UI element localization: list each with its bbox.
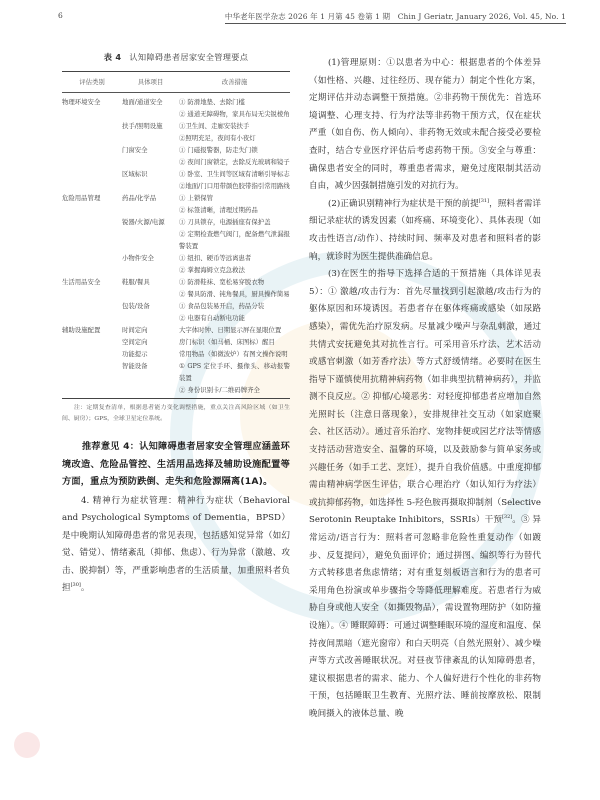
table-row: 包装/设备① 食品包装易开启，药品分装② 电器有自动断电功能	[62, 300, 290, 324]
table-row: 门窗安全① 门磁报警器，防走失门锁② 夜间门窗锁定，去除反光玻璃和镜子	[62, 144, 290, 168]
publisher-logo-icon	[14, 732, 40, 758]
measure-text: ② 标签清晰，清理过期药品	[179, 204, 290, 216]
category-cell: 辅助设施配置	[62, 324, 122, 336]
symptom-identification-paragraph: (2)正确识别精神行为症状是干预的前提[31]，照料者需详细记录症状的诱发因素（…	[309, 196, 541, 266]
item-cell: 智能设备	[122, 360, 179, 399]
table-title: 认知障碍患者居家安全管理要点	[129, 52, 248, 62]
category-cell	[62, 348, 122, 360]
category-cell: 生活用品安全	[62, 276, 122, 300]
citation-ref[interactable]: [30]	[71, 583, 81, 589]
column-header: 评估类别	[62, 72, 122, 93]
item-cell: 扶手/照明设施	[122, 120, 179, 144]
table-row: 物理环境安全地面/通道安全① 防滑地垫、去除门槛② 通道无障碍物，家具布局无尖锐…	[62, 93, 290, 121]
item-cell: 锐器/火源/电源	[122, 216, 179, 252]
measure-text: ① 防滑地垫、去除门槛	[179, 96, 290, 108]
measure-text: 房门标识（如马桶、床图标）醒目	[179, 336, 290, 348]
measures-cell: ① GPS 定位手环、摄像头、移动报警装置② 身份识别卡/二维码牌齐全	[179, 360, 290, 399]
category-cell	[62, 360, 122, 399]
table-row: 空间定向房门标识（如马桶、床图标）醒目	[62, 336, 290, 348]
measure-text: ② 夜间门窗锁定，去除反光玻璃和镜子	[179, 156, 290, 168]
table-header-row: 评估类别 具体项目 改善措施	[62, 72, 290, 93]
measure-text: ② 通道无障碍物，家具布局无尖锐棱角	[179, 108, 290, 120]
category-cell	[62, 252, 122, 276]
table-row: 智能设备① GPS 定位手环、摄像头、移动报警装置② 身份识别卡/二维码牌齐全	[62, 360, 290, 399]
item-cell: 空间定向	[122, 336, 179, 348]
table-note: 注：定期复查清单，根据患者能力变化调整措施，重点关注高风险区域（如卫生间、厨房）…	[62, 403, 290, 425]
measures-cell: ① 上锁保管② 标签清晰，清理过期药品	[179, 192, 290, 216]
table-row: 生活用品安全鞋服/餐具① 防滑鞋袜、宽松易穿脱衣物② 餐具防滑、钝角餐具，厨具操…	[62, 276, 290, 300]
measures-cell: 房门标识（如马桶、床图标）醒目	[179, 336, 290, 348]
intervention-paragraph: (3)在医生的指导下选择合适的干预措施（具体详见表 5）：① 激越/攻击行为：首…	[309, 266, 541, 723]
item-cell: 功能提示	[122, 348, 179, 360]
category-cell	[62, 336, 122, 348]
table-row: 扶手/照明设施①卫生间、走廊安装扶手②照明充足，夜间有小夜灯	[62, 120, 290, 144]
left-column: 表 4认知障碍患者居家安全管理要点 评估类别 具体项目 改善措施 物理环境安全地…	[62, 52, 290, 598]
category-cell: 物理环境安全	[62, 93, 122, 121]
category-cell	[62, 216, 122, 252]
journal-citation: 中华老年医学杂志 2026 年 1 月第 45 卷第 1 期 Chin J Ge…	[225, 11, 566, 24]
measure-text: ②地面/门口用带颜色胶带指引常用路线	[179, 180, 290, 192]
measure-text: ① 食品包装易开启，药品分装	[179, 300, 290, 312]
table-row: 小物件安全① 纽扣、硬币等远离患者② 掌握海姆立克急救法	[62, 252, 290, 276]
table-row: 锐器/火源/电源① 刀具锁存，电源插座有保护盖② 定期检查燃气阀门，配备燃气泄漏…	[62, 216, 290, 252]
measure-text: ① 门磁报警器，防走失门锁	[179, 144, 290, 156]
measure-text: ① 纽扣、硬币等远离患者	[179, 252, 290, 264]
item-cell: 区域标识	[122, 168, 179, 192]
measure-text: ② 餐具防滑、钝角餐具，厨具操作简易	[179, 288, 290, 300]
measure-text: ②照明充足，夜间有小夜灯	[179, 132, 290, 144]
measure-text: ② 定期检查燃气阀门，配备燃气泄漏报警装置	[179, 228, 290, 252]
paragraph-end: 。	[81, 583, 90, 593]
item-cell: 鞋服/餐具	[122, 276, 179, 300]
category-cell	[62, 300, 122, 324]
home-safety-table: 评估类别 具体项目 改善措施 物理环境安全地面/通道安全① 防滑地垫、去除门槛②…	[62, 71, 290, 399]
citation-ref[interactable]: [32]	[502, 515, 512, 521]
measure-text: ② 电器有自动断电功能	[179, 312, 290, 324]
measure-text: ① GPS 定位手环、摄像头、移动报警装置	[179, 360, 290, 384]
item-cell: 时间定向	[122, 324, 179, 336]
page-number: 6	[58, 11, 63, 20]
measure-text: 大字体时钟、日期显示屏在显眼位置	[179, 324, 290, 336]
measure-text: 常用物品（如微波炉）有图文操作说明	[179, 348, 290, 360]
paragraph-end: 。③ 异常运动/语言行为：照料者可忽略非危险性重复动作（如踱步、反复提问），避免…	[309, 515, 541, 719]
right-column: (1)管理原则：①以患者为中心：根据患者的个体差异（如性格、兴趣、过往经历、现存…	[309, 55, 541, 724]
item-cell: 地面/通道安全	[122, 93, 179, 121]
item-cell: 小物件安全	[122, 252, 179, 276]
category-cell	[62, 144, 122, 168]
measures-cell: 大字体时钟、日期显示屏在显眼位置	[179, 324, 290, 336]
management-principles-paragraph: (1)管理原则：①以患者为中心：根据患者的个体差异（如性格、兴趣、过往经历、现存…	[309, 55, 541, 196]
table-row: 辅助设施配置时间定向大字体时钟、日期显示屏在显眼位置	[62, 324, 290, 336]
table-row: 功能提示常用物品（如微波炉）有图文操作说明	[62, 348, 290, 360]
column-header: 改善措施	[179, 72, 290, 93]
item-cell: 药品/化学品	[122, 192, 179, 216]
table-label: 表 4	[104, 52, 122, 62]
measure-text: ① 卧室、卫生间等区域有清晰引导标志	[179, 168, 290, 180]
measures-cell: ① 卧室、卫生间等区域有清晰引导标志②地面/门口用带颜色胶带指引常用路线	[179, 168, 290, 192]
table-row: 危险用品管理药品/化学品① 上锁保管② 标签清晰，清理过期药品	[62, 192, 290, 216]
measures-cell: 常用物品（如微波炉）有图文操作说明	[179, 348, 290, 360]
column-header: 具体项目	[122, 72, 179, 93]
measure-text: ① 上锁保管	[179, 192, 290, 204]
measures-cell: ① 刀具锁存，电源插座有保护盖② 定期检查燃气阀门，配备燃气泄漏报警装置	[179, 216, 290, 252]
category-cell	[62, 168, 122, 192]
measure-text: ①卫生间、走廊安装扶手	[179, 120, 290, 132]
table-caption: 表 4认知障碍患者居家安全管理要点	[62, 52, 290, 63]
measure-text: ① 防滑鞋袜、宽松易穿脱衣物	[179, 276, 290, 288]
measures-cell: ① 纽扣、硬币等远离患者② 掌握海姆立克急救法	[179, 252, 290, 276]
measure-text: ① 刀具锁存，电源插座有保护盖	[179, 216, 290, 228]
paragraph-text: (3)在医生的指导下选择合适的干预措施（具体详见表 5）：① 激越/攻击行为：首…	[309, 269, 541, 525]
measures-cell: ① 门磁报警器，防走失门锁② 夜间门窗锁定，去除反光玻璃和镜子	[179, 144, 290, 168]
item-cell: 门窗安全	[122, 144, 179, 168]
measures-cell: ① 食品包装易开启，药品分装② 电器有自动断电功能	[179, 300, 290, 324]
category-cell	[62, 120, 122, 144]
table-row: 区域标识① 卧室、卫生间等区域有清晰引导标志②地面/门口用带颜色胶带指引常用路线	[62, 168, 290, 192]
item-cell: 包装/设备	[122, 300, 179, 324]
paragraph-text: (1)管理原则：①以患者为中心：根据患者的个体差异（如性格、兴趣、过往经历、现存…	[309, 58, 541, 191]
measures-cell: ① 防滑鞋袜、宽松易穿脱衣物② 餐具防滑、钝角餐具，厨具操作简易	[179, 276, 290, 300]
running-header: 6 中华老年医学杂志 2026 年 1 月第 45 卷第 1 期 Chin J …	[54, 8, 566, 22]
citation-ref[interactable]: [31]	[479, 198, 489, 204]
bpsd-paragraph: 4. 精神行为症状管理：精神行为症状（Behavioral and Psycho…	[62, 493, 290, 599]
category-cell: 危险用品管理	[62, 192, 122, 216]
recommendation-4: 推荐意见 4：认知障碍患者居家安全管理应涵盖环境改造、危险品管控、生活用品选择及…	[62, 438, 290, 491]
paragraph-text: (2)正确识别精神行为症状是干预的前提	[328, 199, 479, 209]
measures-cell: ①卫生间、走廊安装扶手②照明充足，夜间有小夜灯	[179, 120, 290, 144]
paragraph-text: 4. 精神行为症状管理：精神行为症状（Behavioral and Psycho…	[62, 496, 290, 594]
measure-text: ② 掌握海姆立克急救法	[179, 264, 290, 276]
measures-cell: ① 防滑地垫、去除门槛② 通道无障碍物，家具布局无尖锐棱角	[179, 93, 290, 121]
measure-text: ② 身份识别卡/二维码牌齐全	[179, 384, 290, 396]
